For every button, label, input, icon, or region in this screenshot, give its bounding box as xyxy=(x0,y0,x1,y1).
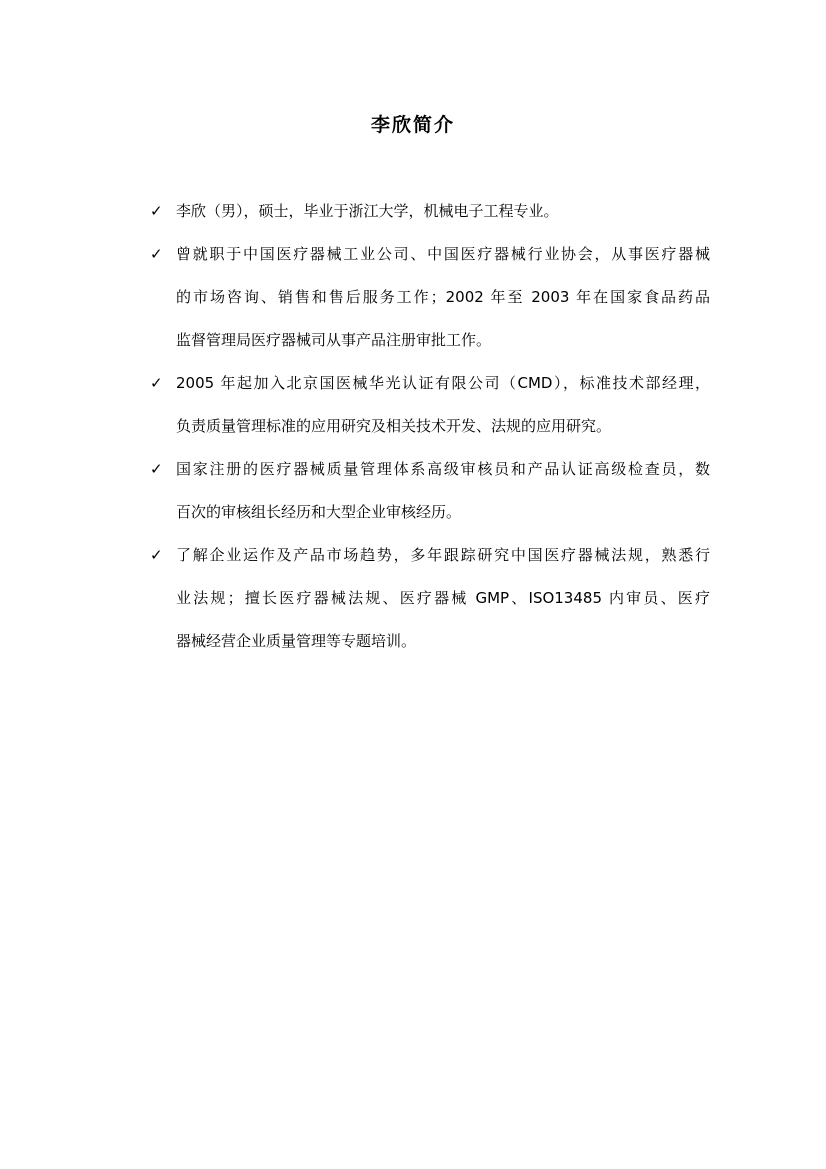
checkmark-icon: ✓ xyxy=(150,368,163,398)
bullet-text: 负责质量管理标准的应用研究及相关技术开发、法规的应用研究。 xyxy=(176,411,710,441)
bullet-item: ✓ 国家注册的医疗器械质量管理体系高级审核员和产品认证高级检查员，数 百次的审核… xyxy=(150,454,710,527)
bullet-text: 器械经营企业质量管理等专题培训。 xyxy=(176,626,710,656)
bullet-text: 了解企业运作及产品市场趋势，多年跟踪研究中国医疗器械法规，熟悉行 xyxy=(176,540,710,570)
bullet-item: ✓ 了解企业运作及产品市场趋势，多年跟踪研究中国医疗器械法规，熟悉行 业法规；擅… xyxy=(150,540,710,656)
bullet-text: 李欣（男），硕士，毕业于浙江大学，机械电子工程专业。 xyxy=(176,196,710,226)
bullet-text: 曾就职于中国医疗器械工业公司、中国医疗器械行业协会，从事医疗器械 xyxy=(176,239,710,269)
bullet-item: ✓ 李欣（男），硕士，毕业于浙江大学，机械电子工程专业。 xyxy=(150,196,710,226)
checkmark-icon: ✓ xyxy=(150,239,163,269)
bullet-text: 监督管理局医疗器械司从事产品注册审批工作。 xyxy=(176,325,710,355)
document-title: 李欣简介 xyxy=(0,110,826,137)
bullet-text: 百次的审核组长经历和大型企业审核经历。 xyxy=(176,497,710,527)
bullet-text: 国家注册的医疗器械质量管理体系高级审核员和产品认证高级检查员，数 xyxy=(176,454,710,484)
bullet-text: 业法规；擅长医疗器械法规、医疗器械 GMP、ISO13485 内审员、医疗 xyxy=(176,583,710,613)
bullet-text: 2005 年起加入北京国医械华光认证有限公司（CMD），标准技术部经理， xyxy=(176,368,710,398)
bullet-text: 的市场咨询、销售和售后服务工作；2002 年至 2003 年在国家食品药品 xyxy=(176,282,710,312)
bullet-item: ✓ 曾就职于中国医疗器械工业公司、中国医疗器械行业协会，从事医疗器械 的市场咨询… xyxy=(150,239,710,355)
bullet-item: ✓ 2005 年起加入北京国医械华光认证有限公司（CMD），标准技术部经理， 负… xyxy=(150,368,710,441)
checkmark-icon: ✓ xyxy=(150,540,163,570)
checkmark-icon: ✓ xyxy=(150,196,163,226)
bullet-list: ✓ 李欣（男），硕士，毕业于浙江大学，机械电子工程专业。 ✓ 曾就职于中国医疗器… xyxy=(150,196,710,669)
checkmark-icon: ✓ xyxy=(150,454,163,484)
